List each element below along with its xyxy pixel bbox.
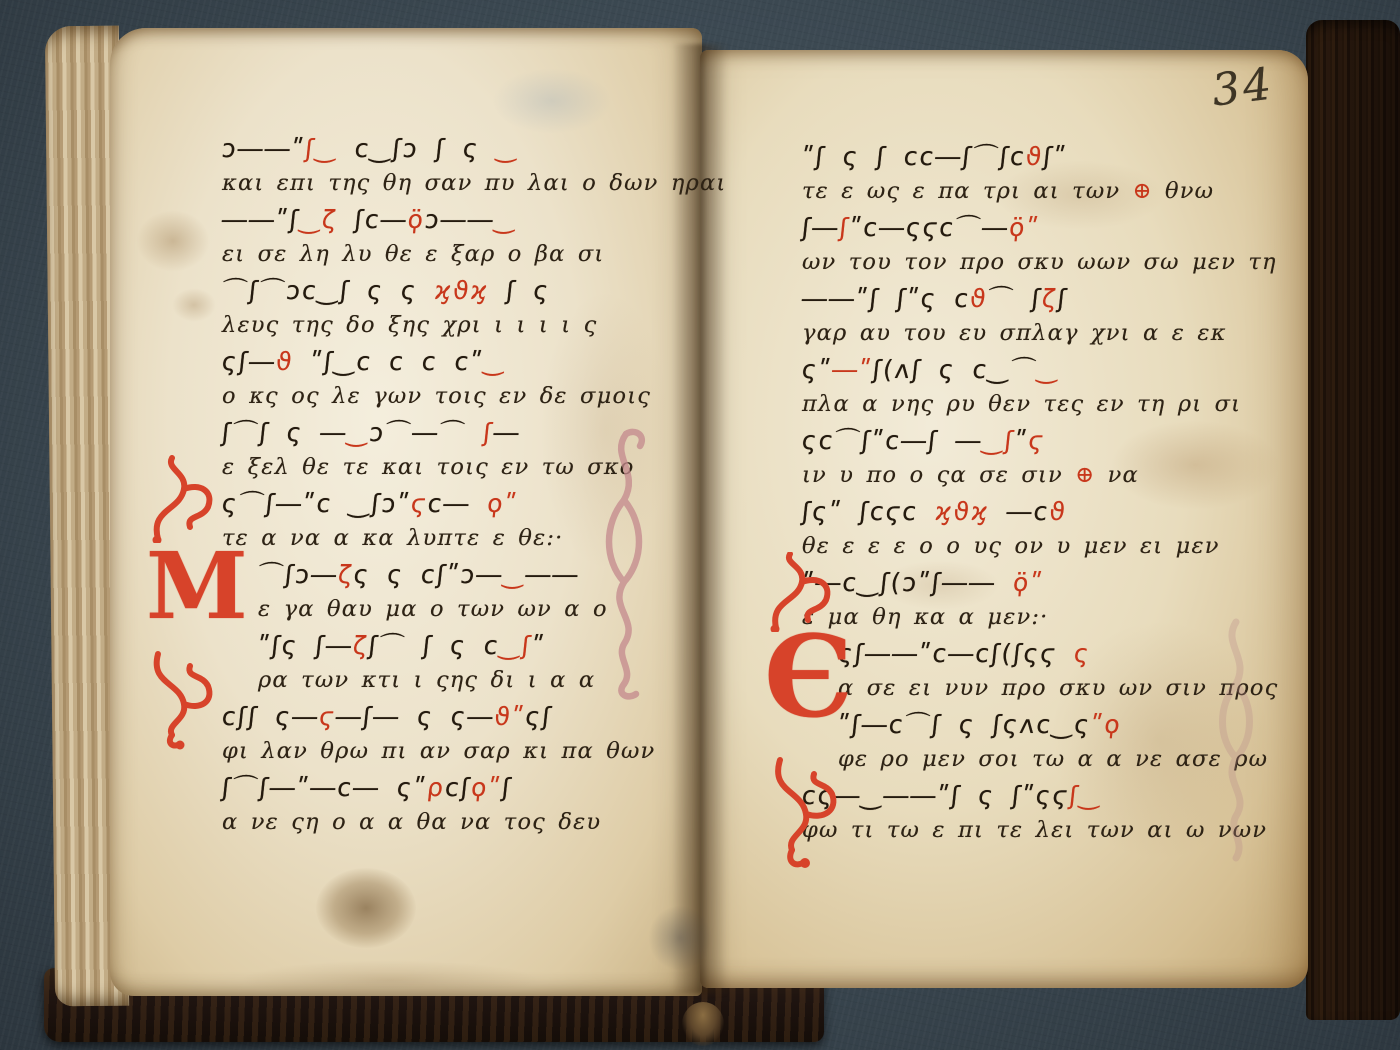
chant-line-pair: ʺʃ―ϲ⌒ʃ ς ʃςʌϲ‿ςʺϙφε ρο μεν σοι τω α α νε…: [802, 706, 1242, 777]
lyric-line: τε ε ως ε πα τρι αι των ⊕ θνω: [802, 176, 1242, 209]
ink-smudge: [648, 905, 712, 971]
chant-line-pair: ςʺ―ʺʃ(ʌʃ ς ϲ‿⌒‿πλα α νης ρυ θεν τες εν τ…: [802, 351, 1242, 422]
right-page-chant-block: ʺʃ ς ʃ ϲϲ―ʃ⌒ʃϲϑʃʺτε ε ως ε πα τρι αι των…: [802, 138, 1242, 848]
neume-line: ςʺ―ʺʃ(ʌʃ ς ϲ‿⌒‿: [800, 351, 1244, 389]
chant-line-pair: ʃ―ʃʺϲ―ςϛϲ⌒―ϙ̈ʺων του τον προ σκυ ωων σω …: [802, 209, 1242, 280]
lyric-line: ο κς ος λε γων τοις εν δε σμοις: [222, 381, 652, 414]
right-fore-edge: [1306, 20, 1400, 1020]
lyric-line: φε ρο μεν σοι τω α α νε ασε ρω: [838, 744, 1242, 777]
neume-line: ϲς―‿――ʺʃ ς ʃʺςϛʃ‿: [800, 777, 1244, 815]
chant-line-pair: ςʃ―ϑ ʺʃ‿ϲ ϲ ϲ ϲʺ‿ο κς ος λε γων τοις εν …: [222, 343, 652, 414]
neume-line: ςʃ――ʺϲ―ϲʃ(ʃςϛ ς: [836, 635, 1244, 673]
initial-flourish-icon: [148, 455, 222, 543]
bleedthrough-ornament: [1206, 618, 1266, 868]
neume-line: ɔ――ʺʃ‿ ϲ‿ʃɔ ʃ ς ‿: [220, 130, 654, 168]
chant-line-pair: ςϲ⌒ʃʺϲ―ʃ ―‿ʃʺϛιν υ πο ο ςα σε σιν ⊕ να: [802, 422, 1242, 493]
chant-line-pair: ⌒ʃɔ―ζς ς ϲʃʺɔ―‿――ε γα θαυ μα ο των ων α …: [222, 556, 652, 627]
lyric-line: ιν υ πο ο ςα σε σιν ⊕ να: [802, 460, 1242, 493]
neume-line: ⌒ʃ⌒ɔϲ‿ʃ ς ς ϗϑϗ ʃ ς: [220, 272, 654, 310]
chant-line-pair: ʺʃ ς ʃ ϲϲ―ʃ⌒ʃϲϑʃʺτε ε ως ε πα τρι αι των…: [802, 138, 1242, 209]
chant-line-pair: ʃ⌒ʃ ς ―‿ɔ⌒―⌒ ʃ―ε ξελ θε τε και τοις εν τ…: [222, 414, 652, 485]
lyric-line: α νε ςη ο α α θα να τος δευ: [222, 807, 652, 840]
lyric-line: φω τι τω ε πι τε λει των αι ω νων: [802, 815, 1242, 848]
folio-number: 34: [1209, 58, 1277, 116]
initial-flourish-icon: [768, 552, 842, 632]
neume-line: ςϲ⌒ʃʺϲ―ʃ ―‿ʃʺϛ: [800, 422, 1244, 460]
chant-line-pair: ――ʺʃ ʃʺς ϲϑ⌒ ʃζʃγαρ αυ του ευ σπλαγ χνι …: [802, 280, 1242, 351]
neume-line: ʺʃ―ϲ⌒ʃ ς ʃςʌϲ‿ςʺϙ: [836, 706, 1244, 744]
chant-line-pair: ʺʃς ʃ―ζʃ⌒ ʃ ς ϲ‿ʃʺρα των κτι ι ςης δι ι …: [222, 627, 652, 698]
lyric-line: ε μα θη κα α μεν:·: [802, 602, 1242, 635]
lyric-line: ει σε λη λυ θε ε ξαρ ο βα σι: [222, 239, 652, 272]
neume-line: ʺʃ ς ʃ ϲϲ―ʃ⌒ʃϲϑʃʺ: [800, 138, 1244, 176]
initial-flourish-icon: [766, 756, 846, 876]
chant-line-pair: ⌒ʃ⌒ɔϲ‿ʃ ς ς ϗϑϗ ʃ ςλευς της δο ξης χρι ι…: [222, 272, 652, 343]
chant-line-pair: ɔ――ʺʃ‿ ϲ‿ʃɔ ʃ ς ‿και επι της θη σαν πυ λ…: [222, 130, 652, 201]
chant-line-pair: ʃςʺ ʃϲϛϲ ϗϑϗ ―ϲϑθε ε ε ε ο ο υς ον υ μεν…: [802, 493, 1242, 564]
chant-line-pair: ʃ⌒ʃ―ʺ―ϲ― ςʺρϲʃϙʺʃα νε ςη ο α α θα να τος…: [222, 769, 652, 840]
lyric-line: γαρ αυ του ευ σπλαγ χνι α ε εκ: [802, 318, 1242, 351]
neume-line: ――ʺʃ ʃʺς ϲϑ⌒ ʃζʃ: [800, 280, 1244, 318]
stain: [136, 210, 210, 272]
chant-line-pair: ――ʺʃ‿ζ ʃϲ―ϙ̈ɔ――‿ει σε λη λυ θε ε ξαρ ο β…: [222, 201, 652, 272]
initial-flourish-icon: [146, 650, 220, 750]
lyric-line: ων του τον προ σκυ ωων σω μεν τη: [802, 247, 1242, 280]
lyric-line: πλα α νης ρυ θεν τες εν τη ρι σι: [802, 389, 1242, 422]
neume-line: ʃ―ʃʺϲ―ςϛϲ⌒―ϙ̈ʺ: [800, 209, 1244, 247]
lyric-line: τε α να α κα λυπτε ε θε:·: [222, 523, 652, 556]
lyric-line: και επι της θη σαν πυ λαι ο δων ηραι: [222, 168, 652, 201]
neume-line: ʃ⌒ʃ―ʺ―ϲ― ςʺρϲʃϙʺʃ: [220, 769, 654, 807]
neume-line: ϲʃʃ ς―ϛ―ʃ― ς ς―ϑʺςʃ: [220, 698, 654, 736]
binding-tassel: [682, 1002, 724, 1046]
stain: [172, 288, 216, 322]
chant-line-pair: ςʃ――ʺϲ―ϲʃ(ʃςϛ ςα σε ει νυν προ σκυ ων σι…: [802, 635, 1242, 706]
stain: [240, 960, 540, 1000]
lyric-line: λευς της δο ξης χρι ι ι ι ι ς: [222, 310, 652, 343]
marginal-vine-ornament: [592, 428, 656, 704]
illuminated-initial-mu: Μ: [146, 540, 248, 632]
chant-line-pair: ʺ―ϲ‿ʃ(ɔʺʃ―― ϙ̈ʺε μα θη κα α μεν:·: [802, 564, 1242, 635]
lyric-line: θε ε ε ε ο ο υς ον υ μεν ει μεν: [802, 531, 1242, 564]
blue-bleedthrough: [492, 68, 612, 134]
lyric-line: φι λαν θρω πι αν σαρ κι πα θων: [222, 736, 652, 769]
chant-line-pair: ς⌒ʃ―ʺϲ ‿ʃɔʺϛϲ― ϙʺτε α να α κα λυπτε ε θε…: [222, 485, 652, 556]
neume-line: ――ʺʃ‿ζ ʃϲ―ϙ̈ɔ――‿: [220, 201, 654, 239]
neume-line: ʺ―ϲ‿ʃ(ɔʺʃ―― ϙ̈ʺ: [800, 564, 1244, 602]
neume-line: ʃ⌒ʃ ς ―‿ɔ⌒―⌒ ʃ―: [220, 414, 654, 452]
neume-line: ςʃ―ϑ ʺʃ‿ϲ ϲ ϲ ϲʺ‿: [220, 343, 654, 381]
neume-line: ʃςʺ ʃϲϛϲ ϗϑϗ ―ϲϑ: [800, 493, 1244, 531]
illuminated-initial-epsilon: Є: [764, 622, 853, 734]
chant-line-pair: ϲʃʃ ς―ϛ―ʃ― ς ς―ϑʺςʃφι λαν θρω πι αν σαρ …: [222, 698, 652, 769]
chant-line-pair: ϲς―‿――ʺʃ ς ʃʺςϛʃ‿φω τι τω ε πι τε λει τω…: [802, 777, 1242, 848]
lyric-line: α σε ει νυν προ σκυ ων σιν προς: [838, 673, 1242, 706]
neume-line: ς⌒ʃ―ʺϲ ‿ʃɔʺϛϲ― ϙʺ: [220, 485, 654, 523]
stain: [316, 868, 416, 948]
left-page-chant-block: ɔ――ʺʃ‿ ϲ‿ʃɔ ʃ ς ‿και επι της θη σαν πυ λ…: [222, 130, 652, 840]
lyric-line: ε ξελ θε τε και τοις εν τω σκο: [222, 452, 652, 485]
